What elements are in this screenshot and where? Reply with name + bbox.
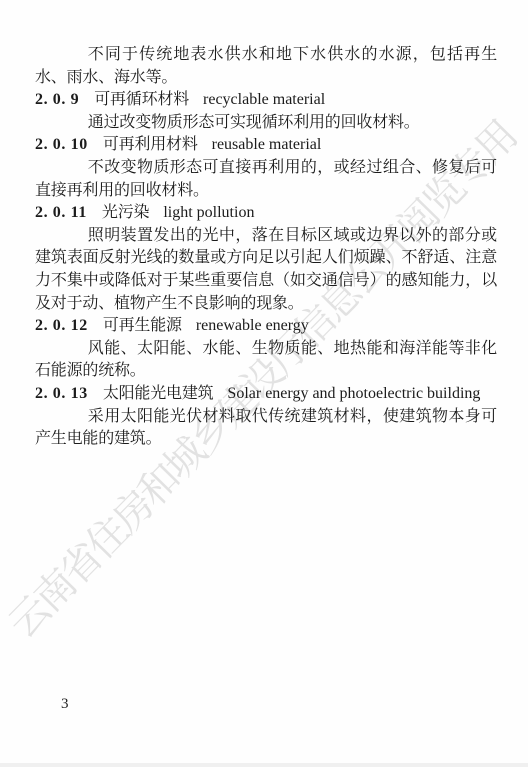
term-zh: 可再生能源 [103,317,182,334]
term-en: recyclable material [203,91,325,108]
term-definition: 通过改变物质形态可实现循环利用的回收材料。 [35,112,497,135]
term-number: 2. 0. 10 [35,136,88,153]
term-heading: 2. 0. 11光污染light pollution [35,202,497,225]
term-entry: 2. 0. 12可再生能源renewable energy 风能、太阳能、水能、… [35,315,497,383]
term-en: light pollution [163,204,254,221]
term-heading: 2. 0. 12可再生能源renewable energy [35,315,497,338]
term-number: 2. 0. 11 [35,204,87,221]
term-definition: 采用太阳能光伏材料取代传统建筑材料，使建筑物本身可产生电能的建筑。 [35,406,497,451]
term-heading: 2. 0. 10可再利用材料reusable material [35,134,497,157]
term-entry: 2. 0. 11光污染light pollution 照明装置发出的光中，落在目… [35,202,497,315]
page-bottom-edge [0,763,528,767]
page-body-text: 不同于传统地表水供水和地下水供水的水源，包括再生水、雨水、海水等。 2. 0. … [35,44,497,451]
term-zh: 太阳能光电建筑 [103,385,214,402]
term-definition: 照明装置发出的光中，落在目标区域或边界以外的部分或建筑表面反射光线的数量或方向足… [35,225,497,315]
term-heading: 2. 0. 13太阳能光电建筑Solar energy and photoele… [35,383,497,406]
term-heading: 2. 0. 9可再循环材料recyclable material [35,89,497,112]
page-number: 3 [61,696,69,713]
term-number: 2. 0. 12 [35,317,88,334]
continuation-paragraph: 不同于传统地表水供水和地下水供水的水源，包括再生水、雨水、海水等。 [35,44,497,89]
term-entry: 2. 0. 13太阳能光电建筑Solar energy and photoele… [35,383,497,451]
term-definition: 风能、太阳能、水能、生物质能、地热能和海洋能等非化石能源的统称。 [35,338,497,383]
term-zh: 可再利用材料 [103,136,198,153]
term-en: Solar energy and photoelectric building [227,385,480,402]
document-page: 云南省住房和城乡建设厅信息公开阅览专用 不同于传统地表水供水和地下水供水的水源，… [0,0,528,767]
term-entry: 2. 0. 10可再利用材料reusable material 不改变物质形态可… [35,134,497,202]
term-zh: 可再循环材料 [94,91,189,108]
term-definition: 不改变物质形态可直接再利用的，或经过组合、修复后可直接再利用的回收材料。 [35,157,497,202]
term-number: 2. 0. 13 [35,385,88,402]
term-number: 2. 0. 9 [35,91,79,108]
term-entry: 2. 0. 9可再循环材料recyclable material 通过改变物质形… [35,89,497,134]
term-en: reusable material [212,136,322,153]
term-zh: 光污染 [102,204,149,221]
term-en: renewable energy [196,317,309,334]
